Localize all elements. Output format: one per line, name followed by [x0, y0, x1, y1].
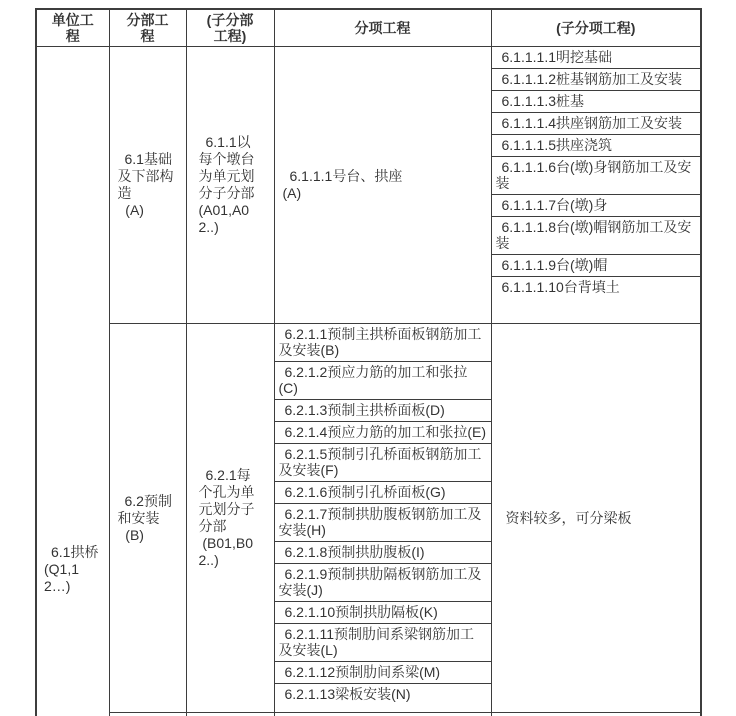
- sub-item-row: 6.1.1.1.8台(墩)帽钢筋加工及安装: [492, 216, 701, 254]
- cell-sub-division-2: 6.2.1每个孔为单元划分子分部 (B01,B02..): [186, 324, 274, 713]
- item-project-row: 6.2.1.11预制肋间系梁钢筋加工及安装(L): [275, 623, 491, 661]
- item-project-row: 6.2.1.8预制拱肋腹板(I): [275, 541, 491, 563]
- cell-division-2: 6.2预制和安装 (B): [109, 324, 186, 713]
- sub-item-row: 6.1.1.1.1明挖基础: [492, 47, 701, 68]
- empty-cell: [186, 713, 274, 716]
- sub-item-row: 6.1.1.1.2桩基钢筋加工及安装: [492, 68, 701, 90]
- cell-division-1: 6.1基础及下部构造 (A): [109, 47, 186, 324]
- unit-project-label: 6.1拱桥(Q1,12…): [37, 544, 109, 595]
- item-project-row: 6.2.1.12预制肋间系梁(M): [275, 661, 491, 683]
- table-row: 6.2预制和安装 (B) 6.2.1每个孔为单元划分子分部 (B01,B02..…: [36, 324, 701, 713]
- empty-cell: [491, 713, 701, 716]
- col-header-division: 分部工 程: [109, 9, 186, 47]
- cell-item-project-1: 6.1.1.1号台、拱座 (A): [274, 47, 491, 324]
- item-project-row: 6.2.1.4预应力筋的加工和张拉(E): [275, 421, 491, 443]
- sub-item-row: 6.1.1.1.3桩基: [492, 90, 701, 112]
- item-project-row: 6.2.1.7预制拱肋腹板钢筋加工及安装(H): [275, 503, 491, 541]
- sub-item-row: 6.1.1.1.5拱座浇筑: [492, 134, 701, 156]
- sub-item-row: 6.1.1.1.9台(墩)帽: [492, 254, 701, 276]
- cell-sub-items-1: 6.1.1.1.1明挖基础 6.1.1.1.2桩基钢筋加工及安装 6.1.1.1…: [491, 47, 701, 324]
- cell-sub-item-note: 资料较多，可分梁板: [491, 324, 701, 713]
- item-project-row: 6.2.1.2预应力筋的加工和张拉(C): [275, 361, 491, 399]
- item-project-row: 6.2.1.9预制拱肋隔板钢筋加工及安装(J): [275, 563, 491, 601]
- col-header-item-project: 分项工程: [274, 9, 491, 47]
- cell-unit-project: 6.1拱桥(Q1,12…): [36, 47, 109, 716]
- item-project-row: 6.2.1.6预制引孔桥面板(G): [275, 481, 491, 503]
- sub-item-row: 6.1.1.1.4拱座钢筋加工及安装: [492, 112, 701, 134]
- sub-item-row: 6.1.1.1.6台(墩)身钢筋加工及安装: [492, 156, 701, 194]
- wbs-table: 单位工 程 分部工 程 (子分部 工程) 分项工程 (子分项工程) 6.1拱桥(…: [35, 8, 702, 716]
- cell-item-projects-2: 6.2.1.1预制主拱桥面板钢筋加工及安装(B) 6.2.1.2预应力筋的加工和…: [274, 324, 491, 713]
- cell-sub-division-1: 6.1.1以每个墩台为单元划分子分部(A01,A02..): [186, 47, 274, 324]
- item-project-row: 6.2.1.3预制主拱桥面板(D): [275, 399, 491, 421]
- table-row-partial: [36, 713, 701, 716]
- table-row: 6.1拱桥(Q1,12…) 6.1基础及下部构造 (A) 6.1.1以每个墩台为…: [36, 47, 701, 324]
- col-header-sub-division: (子分部 工程): [186, 9, 274, 47]
- item-project-row: 6.2.1.5预制引孔桥面板钢筋加工及安装(F): [275, 443, 491, 481]
- empty-cell: [274, 713, 491, 716]
- sub-item-row: 6.1.1.1.10台背填土: [492, 276, 701, 298]
- col-header-unit-project: 单位工 程: [36, 9, 109, 47]
- header-row: 单位工 程 分部工 程 (子分部 工程) 分项工程 (子分项工程): [36, 9, 701, 47]
- sub-item-row: 6.1.1.1.7台(墩)身: [492, 194, 701, 216]
- empty-cell: [109, 713, 186, 716]
- document-page: 单位工 程 分部工 程 (子分部 工程) 分项工程 (子分项工程) 6.1拱桥(…: [0, 0, 736, 716]
- col-header-sub-item-project: (子分项工程): [491, 9, 701, 47]
- item-project-row: 6.2.1.10预制拱肋隔板(K): [275, 601, 491, 623]
- item-project-row: 6.2.1.13梁板安装(N): [275, 683, 491, 705]
- item-project-row: 6.2.1.1预制主拱桥面板钢筋加工及安装(B): [275, 324, 491, 361]
